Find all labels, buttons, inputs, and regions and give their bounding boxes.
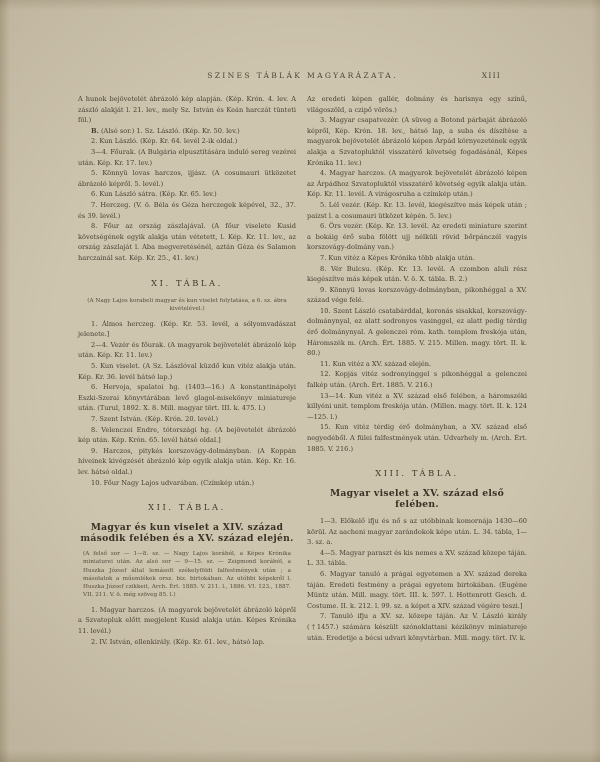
- list-item: 3. Magyar csapatvezér. (A süveg a Botond…: [307, 115, 527, 168]
- list-item: 9. Harczos, pitykés korszovágy-dolmányba…: [78, 446, 296, 478]
- paragraph-continuation: Az eredeti képen gallér, dolmány és hari…: [307, 94, 527, 115]
- list-item: 6. Hervoja, spalatoi hg. (1403—16.) A ko…: [78, 382, 296, 414]
- scanned-book-page: SZINES TÁBLÁK MAGYARÁZATA. XIII A hunok …: [0, 0, 600, 762]
- list-item: 5. Kun viselet. (A Sz. Lászlóval küzdő k…: [78, 361, 296, 382]
- page-body: A hunok bejövetelét ábrázoló kép alapján…: [78, 94, 527, 647]
- list-item: 10. Főur Nagy Lajos udvarában. (Czímkép …: [78, 478, 296, 489]
- list-item: 7. Herczeg. (V. ö. Béla és Géza herczege…: [78, 200, 296, 221]
- plate-heading-xiii: XIII. TÁBLA.: [307, 468, 527, 479]
- list-item-lead: B.: [91, 127, 99, 135]
- list-item: 2—4. Vezér és főurak. (A magyarok bejöve…: [78, 340, 296, 361]
- list-item: 7. Szent István. (Kép. Krón. 20. levél.): [78, 414, 296, 425]
- list-item: B. (Alsó sor.) 1. Sz. László. (Kép. Kr. …: [78, 126, 296, 137]
- list-item: 6. Örs vezér. (Kép. Kr. 13. levél. Az er…: [307, 221, 527, 253]
- list-item: 4—5. Magyar paraszt és kis nemes a XV. s…: [307, 548, 527, 569]
- list-item: 2. IV. István, ellenkirály. (Kép. Kr. 61…: [78, 637, 296, 648]
- list-item: 11. Kun vitéz a XV. század elején.: [307, 359, 527, 370]
- list-item: 13—14. Kun vitéz a XV. század első feléb…: [307, 391, 527, 423]
- list-item: 1—3. Előkelő ifju és nő s az utóbbinak k…: [307, 516, 527, 548]
- plate-note: (A Nagy Lajos korabeli magyar és kun vis…: [83, 297, 291, 314]
- list-item: 7. Kun vitéz a Képes Krónika több alakja…: [307, 253, 527, 264]
- plate-note: (A felső sor — 1—8. sz. — Nagy Lajos kor…: [83, 550, 291, 600]
- list-item: 8. Velenczei Endre, tótországi hg. (A be…: [78, 425, 296, 446]
- list-item: 4. Magyar harczos. (A magyarok bejövetel…: [307, 168, 527, 200]
- paragraph-continuation: A hunok bejövetelét ábrázoló kép alapján…: [78, 94, 296, 126]
- list-item: 15. Kun vitéz térdig érő dolmányban, a X…: [307, 422, 527, 454]
- list-item: 6. Magyar tanuló a prágai egyetemen a XV…: [307, 569, 527, 611]
- plate-title-xii: Magyar és kun viselet a XIV. század máso…: [78, 522, 296, 545]
- list-item: 5. Lél vezér. (Kép. Kr. 13. levél, kiegé…: [307, 200, 527, 221]
- left-column: A hunok bejövetelét ábrázoló kép alapján…: [78, 94, 296, 647]
- list-item-text: (Alsó sor.) 1. Sz. László. (Kép. Kr. 50.…: [101, 127, 240, 135]
- list-item: 8. Főur az ország zászlajával. (A főur v…: [78, 221, 296, 263]
- list-item: 2. Kun László. (Kép. Kr. 64. levél 2-ik …: [78, 136, 296, 147]
- plate-heading-xi: XI. TÁBLA.: [78, 278, 296, 289]
- running-header-title: SZINES TÁBLÁK MAGYARÁZATA.: [78, 71, 527, 80]
- list-item: 1. Álmos herczeg. (Kép. Kr. 53. levél, a…: [78, 319, 296, 340]
- list-item: 7. Tanuló ifju a XV. sz. közepe táján. A…: [307, 611, 527, 643]
- list-item: 6. Kun László sátra. (Kép. Kr. 65. lev.): [78, 189, 296, 200]
- list-item: 3—4. Főurak. (A Bulgária elpusztítására …: [78, 147, 296, 168]
- list-item: 5. Könnyü lovas harczos, ijjász. (A cosu…: [78, 168, 296, 189]
- list-item: 10. Szent László csatabárddal, koronás s…: [307, 306, 527, 359]
- list-item: 1. Magyar harczos. (A magyarok bejövetel…: [78, 605, 296, 637]
- list-item: 9. Könnyü lovas korszovágy-dolmányban, p…: [307, 285, 527, 306]
- plate-heading-xii: XII. TÁBLA.: [78, 502, 296, 513]
- list-item: 8. Vér Bulcsu. (Kép. Kr. 13. levél. A cz…: [307, 264, 527, 285]
- page-number: XIII: [482, 71, 501, 80]
- right-column: Az eredeti képen gallér, dolmány és hari…: [307, 94, 527, 647]
- list-item: 12. Kopjás vitéz sodronyinggel s pikonhé…: [307, 369, 527, 390]
- plate-title-xiii: Magyar viselet a XV. század első felében…: [307, 488, 527, 511]
